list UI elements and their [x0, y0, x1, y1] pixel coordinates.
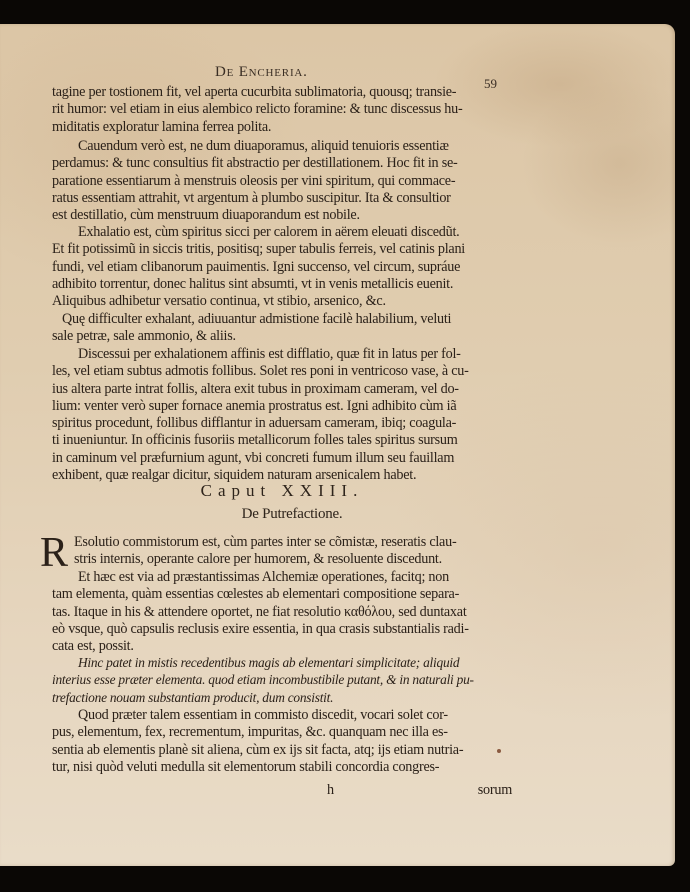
paragraph-difficulter: Quę difficulter exhalant, adiuuantur adm…	[52, 311, 512, 346]
signature-mark: h	[327, 782, 334, 799]
text-line: ratus essentiam attrahit, vt argentum à …	[52, 190, 512, 207]
text-line: eò vsque, quò capsulis reclusis exire es…	[52, 621, 512, 638]
text-line: Quod præter talem essentiam in commisto …	[52, 707, 512, 724]
text-line: sale petræ, sale ammonio, & aliis.	[52, 328, 512, 345]
text-line: Exhalatio est, cùm spiritus sicci per ca…	[52, 224, 512, 241]
text-line: trefactione nouam substantiam producit, …	[52, 689, 512, 706]
paragraph-cauendum: Cauendum verò est, ne dum diuaporamus, a…	[52, 138, 512, 224]
chapter-title: De Putrefactione.	[52, 503, 512, 525]
text-line: perdamus: & tunc consultius fit abstract…	[52, 155, 512, 172]
text-line: in caminum vel præfurnium agunt, vbi con…	[52, 450, 512, 467]
paragraph-exhalatio: Exhalatio est, cùm spiritus sicci per ca…	[52, 224, 512, 310]
text-line: spiritus procedunt, follibus difflantur …	[52, 415, 512, 432]
paragraph-difflatio: Discessui per exhalationem affinis est d…	[52, 346, 512, 484]
text-line: Et hæc est via ad præstantissimas Alchem…	[52, 569, 512, 586]
text-line: miditatis exploratur lamina ferrea polit…	[52, 119, 512, 136]
paragraph-resolutio: R Esolutio commistorum est, cùm partes i…	[52, 534, 512, 569]
text-line: interius esse præter elementa. quod etia…	[52, 671, 512, 688]
text-line: Quę difficulter exhalant, adiuuantur adm…	[52, 311, 512, 328]
text-line: ti inueniuntur. In officinis fusoriis me…	[52, 432, 512, 449]
text-line: rit humor: vel etiam in eius alembico re…	[52, 101, 512, 118]
text-line: cata est, possit.	[52, 638, 512, 655]
text-line: stris internis, operante calore per humo…	[52, 551, 512, 568]
text-line: les, vel etiam subtus admotis follibus. …	[52, 363, 512, 380]
text-line: Discessui per exhalationem affinis est d…	[52, 346, 512, 363]
text-line: adhibito torrentur, donec halitus sint a…	[52, 276, 512, 293]
drop-cap-initial: R	[40, 534, 68, 572]
paragraph-quod-praeter: Quod præter talem essentiam in commisto …	[52, 707, 512, 776]
text-line: tas. Itaque in his & attendere oportet, …	[52, 604, 512, 621]
book-page: De Encheria. 59 tagine per tostionem fit…	[0, 24, 675, 866]
text-line: lium: venter verò super fornace anemia p…	[52, 398, 512, 415]
text-line: Et fit potissimũ in siccis tritis, posit…	[52, 241, 512, 258]
text-line: Aliquibus adhibetur versatio continua, v…	[52, 293, 512, 310]
text-line: pus, elementum, fex, recrementum, impuri…	[52, 724, 512, 741]
text-line: fundi, vel etiam clibanorum pauimentis. …	[52, 259, 512, 276]
text-line: tam elementa, quàm essentias cœlestes ab…	[52, 586, 512, 603]
text-line: sentia ab elementis planè sit aliena, cù…	[52, 742, 512, 759]
running-head: De Encheria.	[215, 64, 308, 81]
text-line: Esolutio commistorum est, cùm partes int…	[52, 534, 512, 551]
text-line: ius altera parte intrat follis, altera e…	[52, 381, 512, 398]
paragraph-continuation: tagine per tostionem fit, vel aperta cuc…	[52, 84, 512, 136]
text-line: tagine per tostionem fit, vel aperta cuc…	[52, 84, 512, 101]
chapter-number: Caput XXIII.	[52, 479, 512, 503]
chapter-heading: Caput XXIII. De Putrefactione.	[52, 479, 512, 525]
paragraph-et-haec: Et hæc est via ad præstantissimas Alchem…	[52, 569, 512, 655]
paragraph-hinc-patet-italic: Hinc patet in mistis recedentibus magis …	[52, 654, 512, 706]
catchword: sorum	[478, 782, 512, 799]
ink-spot	[497, 749, 501, 753]
text-line: tur, nisi quòd veluti medulla sit elemen…	[52, 759, 512, 776]
text-line: paratione essentiarum à menstruis oleosi…	[52, 173, 512, 190]
text-line: Hinc patet in mistis recedentibus magis …	[52, 654, 512, 671]
text-line: Cauendum verò est, ne dum diuaporamus, a…	[52, 138, 512, 155]
text-line: est destillatio, cùm menstruum diuaporan…	[52, 207, 512, 224]
